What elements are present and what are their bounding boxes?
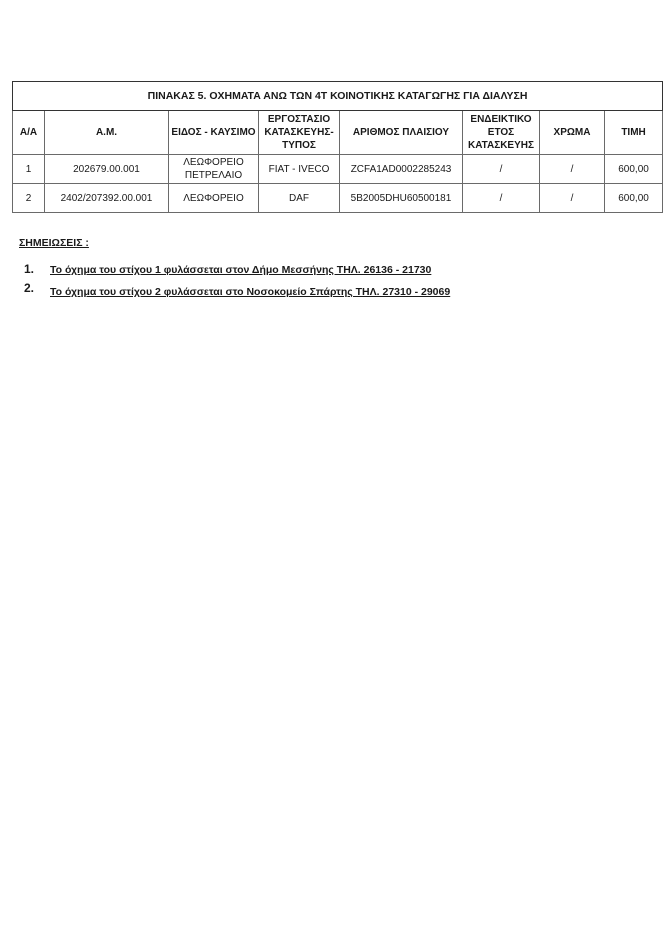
cell-chassis: ZCFA1AD0002285243 [340, 155, 463, 184]
cell-am: 202679.00.001 [45, 155, 169, 184]
table-row: 2 2402/207392.00.001 ΛΕΩΦΟΡΕΙΟ DAF 5B200… [13, 184, 663, 213]
header-am: Α.Μ. [45, 111, 169, 155]
note-number: 2. [24, 281, 50, 295]
header-indicative-year: ΕΝΔΕΙΚΤΙΚΟ ΕΤΟΣ ΚΑΤΑΣΚΕΥΗΣ [463, 111, 540, 155]
cell-chassis: 5B2005DHU60500181 [340, 184, 463, 213]
table-title: ΠΙΝΑΚΑΣ 5. ΟΧΗΜΑΤΑ ΑΝΩ ΤΩΝ 4Τ ΚΟΙΝΟΤΙΚΗΣ… [13, 82, 663, 111]
notes-title: ΣΗΜΕΙΩΣΕΙΣ : [19, 237, 89, 249]
cell-price: 600,00 [605, 184, 663, 213]
header-year-line3: ΚΑΤΑΣΚΕΥΗΣ [463, 139, 539, 152]
cell-year: / [463, 184, 540, 213]
cell-price: 600,00 [605, 155, 663, 184]
header-year-line1: ΕΝΔΕΙΚΤΙΚΟ [463, 113, 539, 126]
cell-aa: 1 [13, 155, 45, 184]
note-item: 2.Το όχημα του στίχου 2 φυλάσσεται στο Ν… [24, 281, 450, 298]
cell-type-line1: ΛΕΩΦΟΡΕΙΟ [169, 156, 258, 169]
cell-color: / [540, 184, 605, 213]
table-row: 1 202679.00.001 ΛΕΩΦΟΡΕΙΟ ΠΕΤΡΕΛΑΙΟ FIAT… [13, 155, 663, 184]
header-factory-line3: ΤΥΠΟΣ [259, 139, 339, 152]
table-title-row: ΠΙΝΑΚΑΣ 5. ΟΧΗΜΑΤΑ ΑΝΩ ΤΩΝ 4Τ ΚΟΙΝΟΤΙΚΗΣ… [13, 82, 663, 111]
cell-type-fuel: ΛΕΩΦΟΡΕΙΟ [169, 184, 259, 213]
note-text: Το όχημα του στίχου 2 φυλάσσεται στο Νοσ… [50, 286, 450, 298]
header-factory-line1: ΕΡΓΟΣΤΑΣΙΟ [259, 113, 339, 126]
vehicles-table: ΠΙΝΑΚΑΣ 5. ΟΧΗΜΑΤΑ ΑΝΩ ΤΩΝ 4Τ ΚΟΙΝΟΤΙΚΗΣ… [12, 81, 663, 213]
note-number: 1. [24, 262, 50, 276]
header-price: ΤΙΜΗ [605, 111, 663, 155]
header-factory-line2: ΚΑΤΑΣΚΕΥΗΣ- [259, 126, 339, 139]
header-color: ΧΡΩΜΑ [540, 111, 605, 155]
header-factory-type: ΕΡΓΟΣΤΑΣΙΟ ΚΑΤΑΣΚΕΥΗΣ- ΤΥΠΟΣ [259, 111, 340, 155]
cell-type-fuel: ΛΕΩΦΟΡΕΙΟ ΠΕΤΡΕΛΑΙΟ [169, 155, 259, 184]
header-year-line2: ΕΤΟΣ [463, 126, 539, 139]
header-aa: Α/Α [13, 111, 45, 155]
cell-type-line2: ΠΕΤΡΕΛΑΙΟ [169, 169, 258, 182]
cell-factory: FIAT - IVECO [259, 155, 340, 184]
cell-color: / [540, 155, 605, 184]
header-chassis-number: ΑΡΙΘΜΟΣ ΠΛΑΙΣΙΟΥ [340, 111, 463, 155]
cell-year: / [463, 155, 540, 184]
header-type-fuel: ΕΙΔΟΣ - ΚΑΥΣΙΜΟ [169, 111, 259, 155]
note-text: Το όχημα του στίχου 1 φυλάσσεται στον Δή… [50, 264, 431, 276]
cell-aa: 2 [13, 184, 45, 213]
table-header-row: Α/Α Α.Μ. ΕΙΔΟΣ - ΚΑΥΣΙΜΟ ΕΡΓΟΣΤΑΣΙΟ ΚΑΤΑ… [13, 111, 663, 155]
cell-am: 2402/207392.00.001 [45, 184, 169, 213]
note-item: 1.Το όχημα του στίχου 1 φυλάσσεται στον … [24, 262, 431, 276]
cell-factory: DAF [259, 184, 340, 213]
